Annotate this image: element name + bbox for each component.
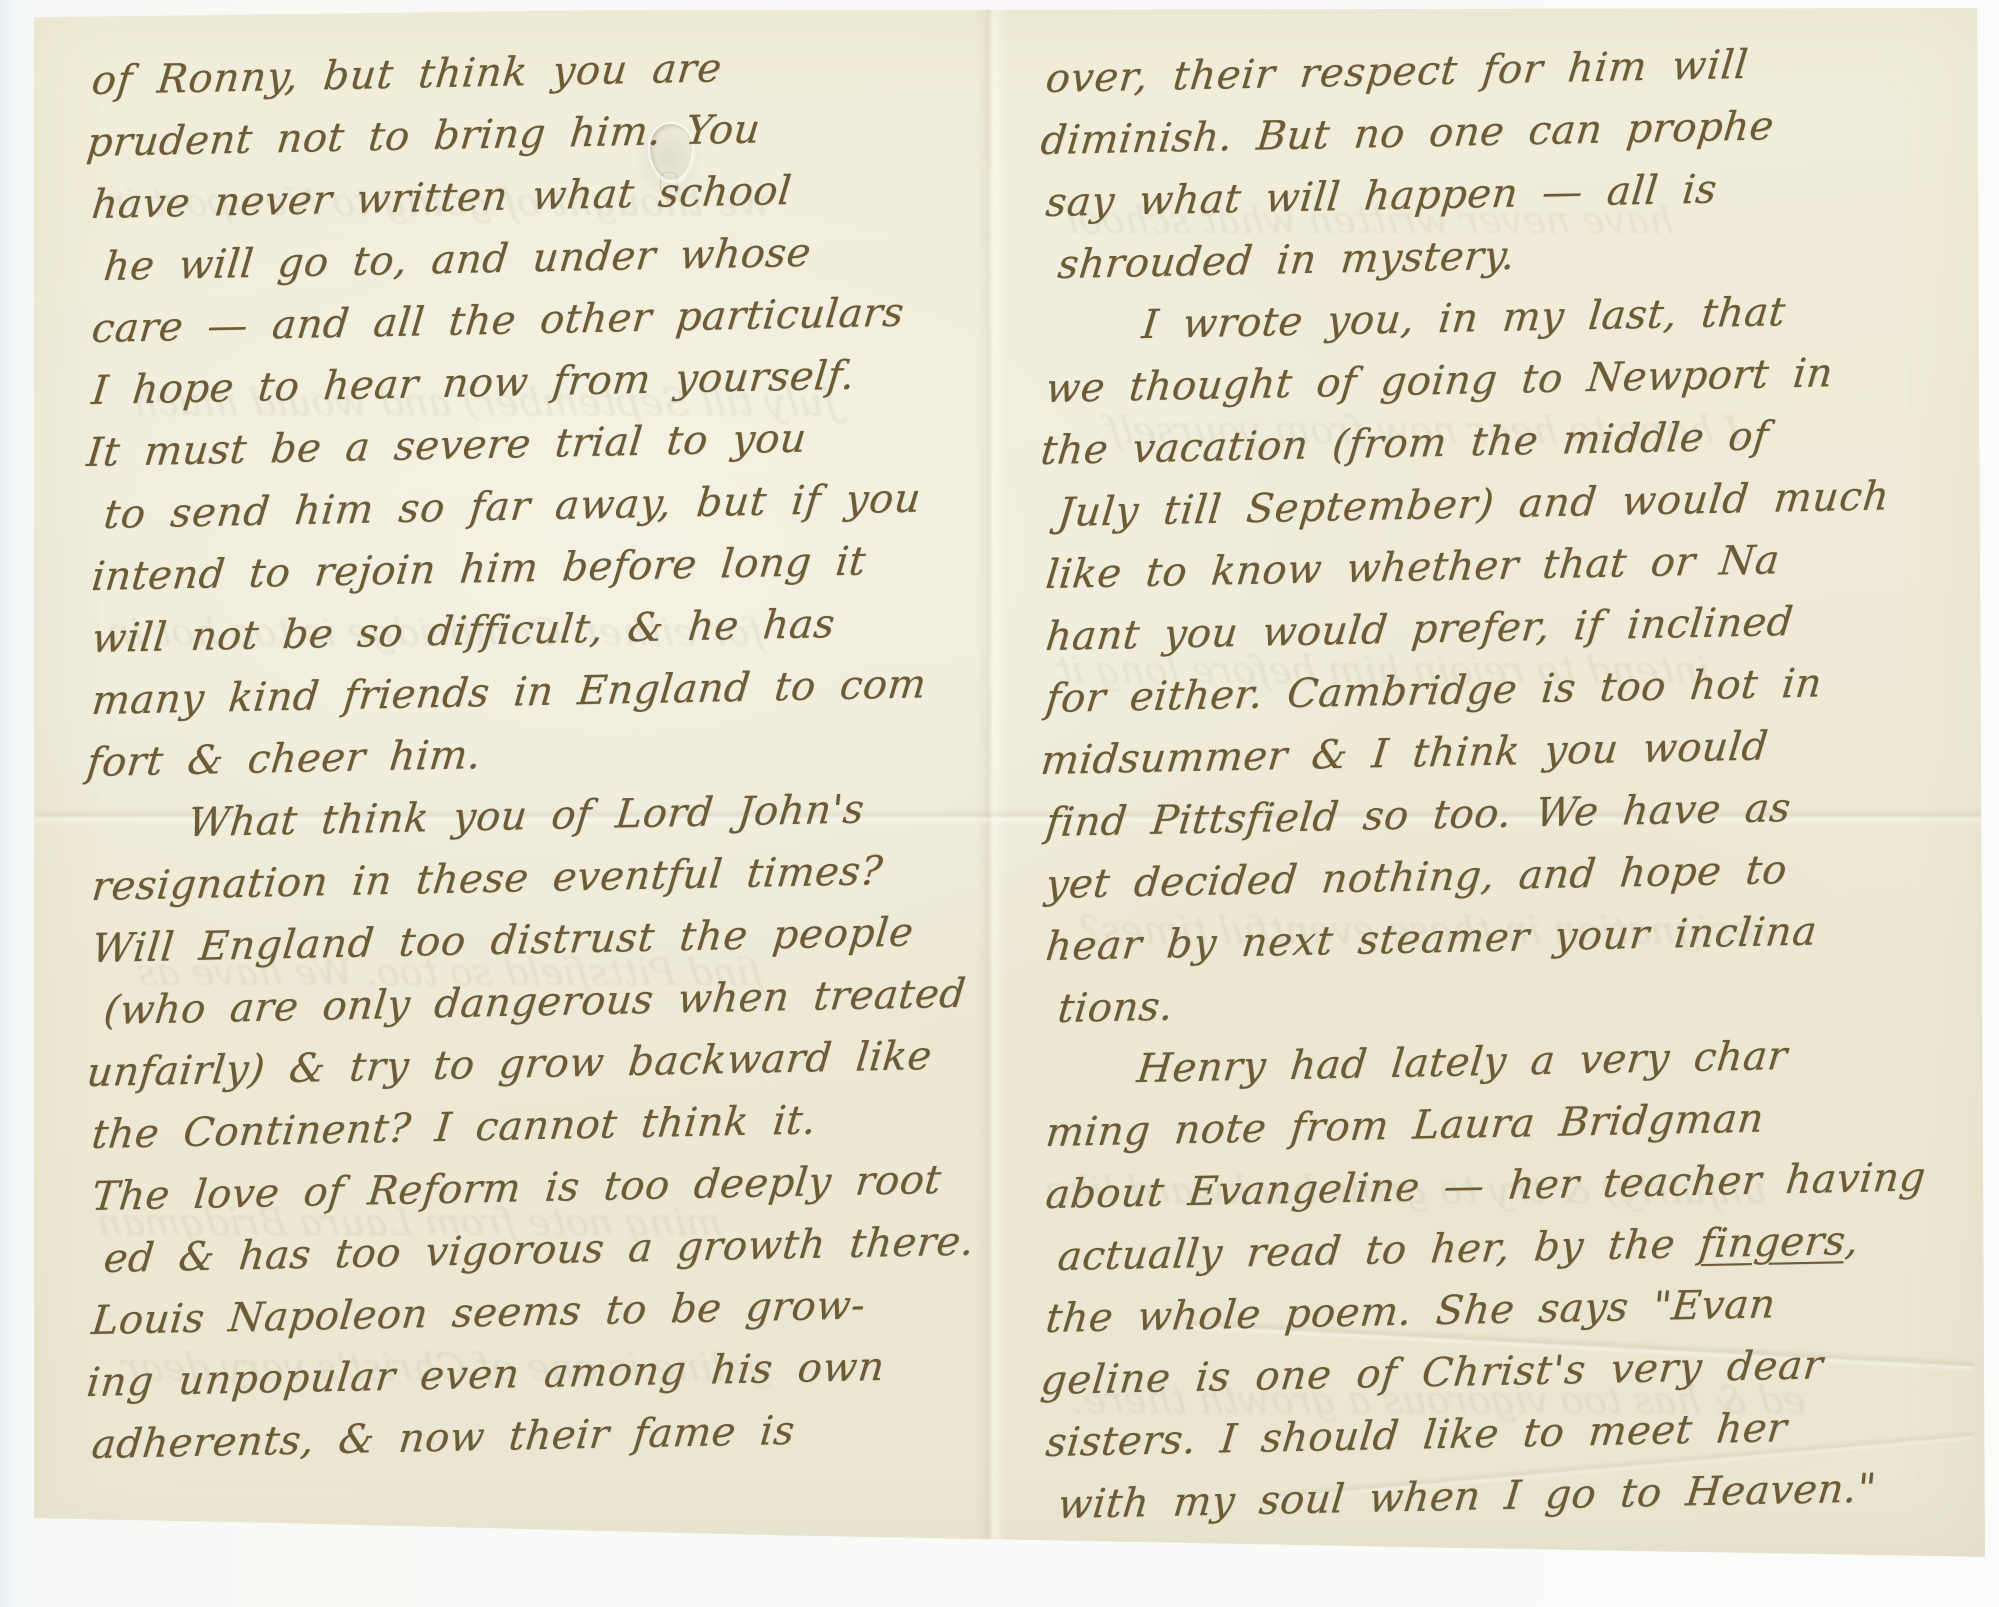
right-page: have never written what school I hope to… bbox=[1046, 48, 1956, 1536]
line-text: actually read to her, by the bbox=[1056, 1221, 1702, 1280]
underlined-word: fingers bbox=[1697, 1218, 1848, 1267]
letter-scan: we thought of going to Newport in July t… bbox=[0, 0, 1999, 1607]
center-fold-crease bbox=[976, 8, 1006, 1560]
scan-edge bbox=[0, 0, 16, 1607]
letter-paper: we thought of going to Newport in July t… bbox=[34, 8, 1985, 1560]
left-page: we thought of going to Newport in July t… bbox=[92, 50, 972, 1476]
